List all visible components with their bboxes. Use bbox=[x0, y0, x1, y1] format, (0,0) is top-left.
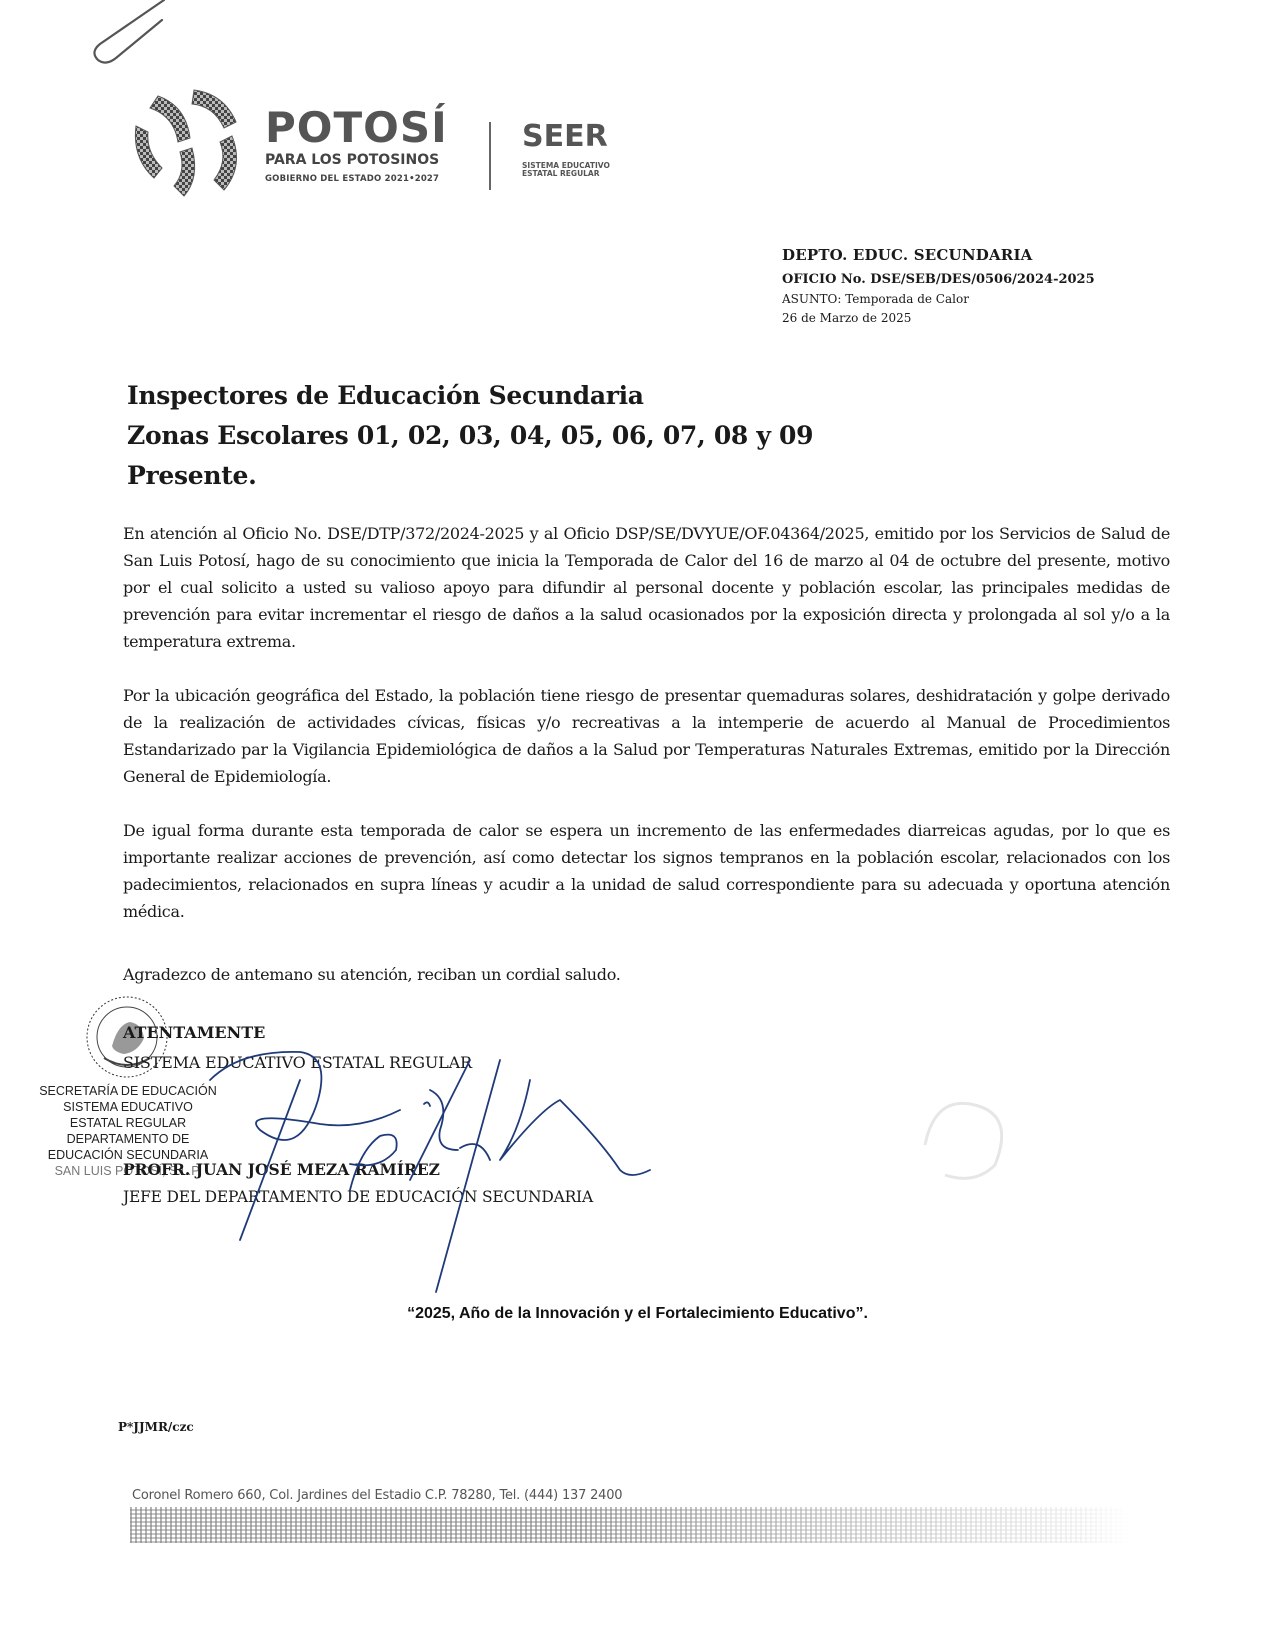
body-paragraph: Por la ubicación geográfica del Estado, … bbox=[123, 682, 1170, 790]
reference-block: DEPTO. EDUC. SECUNDARIA OFICIO No. DSE/S… bbox=[782, 246, 1182, 325]
addressee-block: Inspectores de Educación Secundaria Zona… bbox=[127, 376, 813, 496]
brand-block: POTOSÍ PARA LOS POTOSINOS GOBIERNO DEL E… bbox=[265, 108, 448, 184]
paperclip-icon bbox=[92, 0, 192, 70]
reference-initials: P*JJMR/czc bbox=[118, 1420, 194, 1434]
closing-thanks: Agradezco de antemano su atención, recib… bbox=[123, 965, 621, 984]
brand-government: GOBIERNO DEL ESTADO 2021•2027 bbox=[265, 174, 448, 184]
handwritten-signature bbox=[200, 1040, 720, 1300]
brand-subtitle: PARA LOS POTOSINOS bbox=[265, 152, 448, 168]
department-name: DEPTO. EDUC. SECUNDARIA bbox=[782, 246, 1182, 264]
subject: ASUNTO: Temporada de Calor bbox=[782, 292, 1182, 306]
stamp-line: ESTATAL REGULAR bbox=[30, 1115, 226, 1131]
brand-title: POTOSÍ bbox=[265, 108, 448, 148]
institutional-motto: “2025, Año de la Innovación y el Fortale… bbox=[0, 1305, 1275, 1323]
stamp-line: DEPARTAMENTO DE bbox=[30, 1131, 226, 1147]
faint-bleedthrough-mark bbox=[905, 1085, 1035, 1195]
seer-title: SEER bbox=[522, 122, 610, 152]
oficio-number: OFICIO No. DSE/SEB/DES/0506/2024-2025 bbox=[782, 272, 1182, 287]
stamp-line: SISTEMA EDUCATIVO bbox=[30, 1099, 226, 1115]
addressee-line-2: Zonas Escolares 01, 02, 03, 04, 05, 06, … bbox=[127, 416, 813, 456]
office-address: Coronel Romero 660, Col. Jardines del Es… bbox=[132, 1488, 622, 1503]
body-paragraph: De igual forma durante esta temporada de… bbox=[123, 817, 1170, 925]
seer-subtitle-2: ESTATAL REGULAR bbox=[522, 170, 610, 178]
seer-block: SEER SISTEMA EDUCATIVO ESTATAL REGULAR bbox=[522, 122, 610, 178]
body-paragraph: En atención al Oficio No. DSE/DTP/372/20… bbox=[123, 520, 1170, 655]
stamp-line: SECRETARÍA DE EDUCACIÓN bbox=[30, 1083, 226, 1099]
potosi-logo-icon bbox=[128, 86, 256, 200]
addressee-line-3: Presente. bbox=[127, 456, 813, 496]
letter-body: En atención al Oficio No. DSE/DTP/372/20… bbox=[123, 520, 1170, 952]
document-date: 26 de Marzo de 2025 bbox=[782, 311, 1182, 325]
letterhead-divider bbox=[489, 122, 491, 190]
decorative-footer-band bbox=[130, 1507, 1130, 1543]
addressee-line-1: Inspectores de Educación Secundaria bbox=[127, 376, 813, 416]
